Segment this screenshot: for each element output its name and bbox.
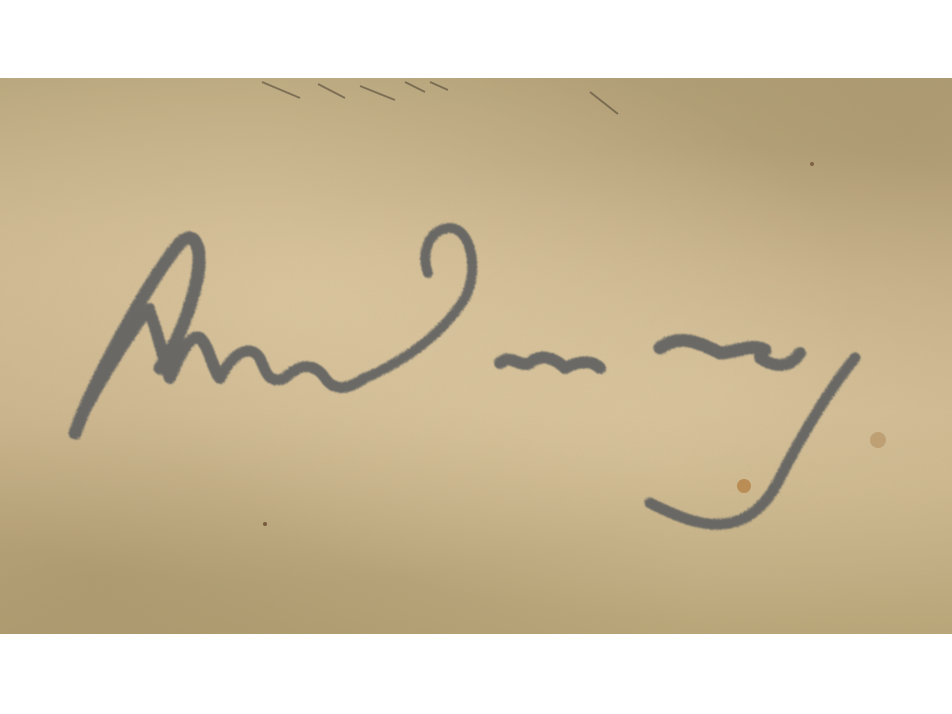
- photo-paper: [0, 78, 952, 634]
- letterbox-bottom: [0, 634, 952, 714]
- paper-grain: [0, 78, 952, 634]
- stain-spot: [737, 479, 751, 493]
- speck: [263, 522, 267, 526]
- letterbox-top: [0, 0, 952, 78]
- speck: [810, 162, 814, 166]
- stain-spot: [870, 432, 886, 448]
- signature-drawing: [0, 78, 952, 634]
